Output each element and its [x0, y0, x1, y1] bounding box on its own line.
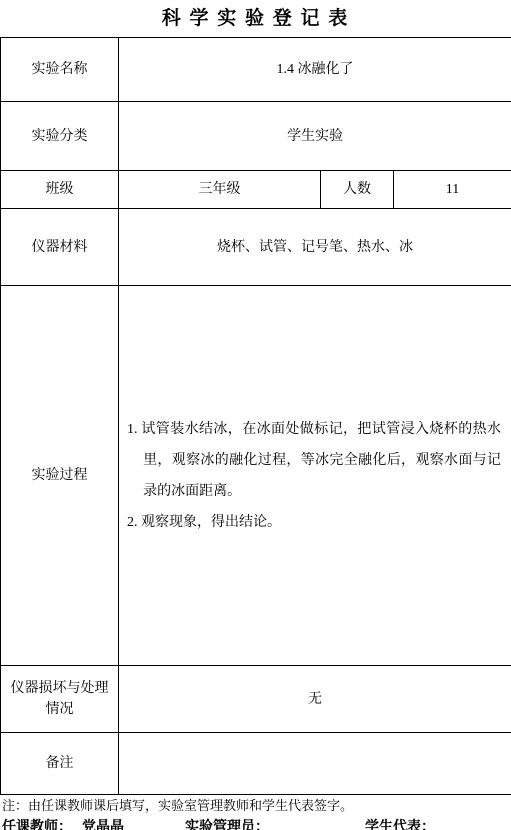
step-number: 2.	[127, 515, 138, 530]
class-value: 三年级	[119, 171, 321, 209]
student-signature: 学生代表：	[365, 816, 435, 830]
signature-line: 任课教师：党晶晶 实验管理员： 学生代表：	[0, 816, 511, 830]
table-row-class: 班级 三年级 人数 11	[1, 171, 511, 209]
step-text: 观察现象，得出结论。	[141, 515, 281, 530]
step-text: 试管装水结冰，在冰面处做标记，把试管浸入烧杯的热水里，观察冰的融化过程，等冰完全…	[141, 422, 501, 499]
materials-label: 仪器材料	[1, 209, 119, 286]
manager-signature: 实验管理员：	[185, 816, 269, 830]
step-number: 1.	[127, 422, 138, 437]
teacher-label: 任课教师：	[2, 820, 72, 830]
remarks-value	[119, 733, 511, 795]
footer-note: 注：由任课教师课后填写，实验室管理教师和学生代表签字。	[0, 798, 511, 814]
procedure-step: 2. 观察现象，得出结论。	[127, 507, 501, 538]
table-row-experiment-category: 实验分类 学生实验	[1, 102, 511, 171]
class-label: 班级	[1, 171, 119, 209]
manager-label: 实验管理员：	[185, 820, 269, 830]
teacher-name: 党晶晶	[82, 820, 124, 830]
remarks-label: 备注	[1, 733, 119, 795]
damage-label: 仪器损坏与处理情况	[1, 666, 119, 733]
count-value: 11	[394, 171, 511, 209]
table-row-damage: 仪器损坏与处理情况 无	[1, 666, 511, 733]
damage-value: 无	[119, 666, 511, 733]
table-row-procedure: 实验过程 1. 试管装水结冰，在冰面处做标记，把试管浸入烧杯的热水里，观察冰的融…	[1, 286, 511, 666]
document-footer: 注：由任课教师课后填写，实验室管理教师和学生代表签字。 任课教师：党晶晶 实验管…	[0, 795, 511, 830]
page-title: 科 学 实 验 登 记 表	[0, 0, 511, 37]
experiment-category-label: 实验分类	[1, 102, 119, 171]
teacher-signature: 任课教师：党晶晶	[2, 816, 124, 830]
table-row-remarks: 备注	[1, 733, 511, 795]
procedure-step: 1. 试管装水结冰，在冰面处做标记，把试管浸入烧杯的热水里，观察冰的融化过程，等…	[127, 414, 501, 507]
procedure-label: 实验过程	[1, 286, 119, 666]
experiment-name-value: 1.4 冰融化了	[119, 38, 511, 102]
table-row-experiment-name: 实验名称 1.4 冰融化了	[1, 38, 511, 102]
table-row-materials: 仪器材料 烧杯、试管、记号笔、热水、冰	[1, 209, 511, 286]
count-label: 人数	[321, 171, 394, 209]
document-page: 科 学 实 验 登 记 表 实验名称 1.4 冰融化了 实验分类 学生实验 班级…	[0, 0, 511, 830]
procedure-value: 1. 试管装水结冰，在冰面处做标记，把试管浸入烧杯的热水里，观察冰的融化过程，等…	[119, 286, 511, 666]
registration-table: 实验名称 1.4 冰融化了 实验分类 学生实验 班级 三年级 人数 11 仪器材…	[0, 37, 511, 795]
experiment-category-value: 学生实验	[119, 102, 511, 171]
materials-value: 烧杯、试管、记号笔、热水、冰	[119, 209, 511, 286]
experiment-name-label: 实验名称	[1, 38, 119, 102]
student-label: 学生代表：	[365, 820, 435, 830]
